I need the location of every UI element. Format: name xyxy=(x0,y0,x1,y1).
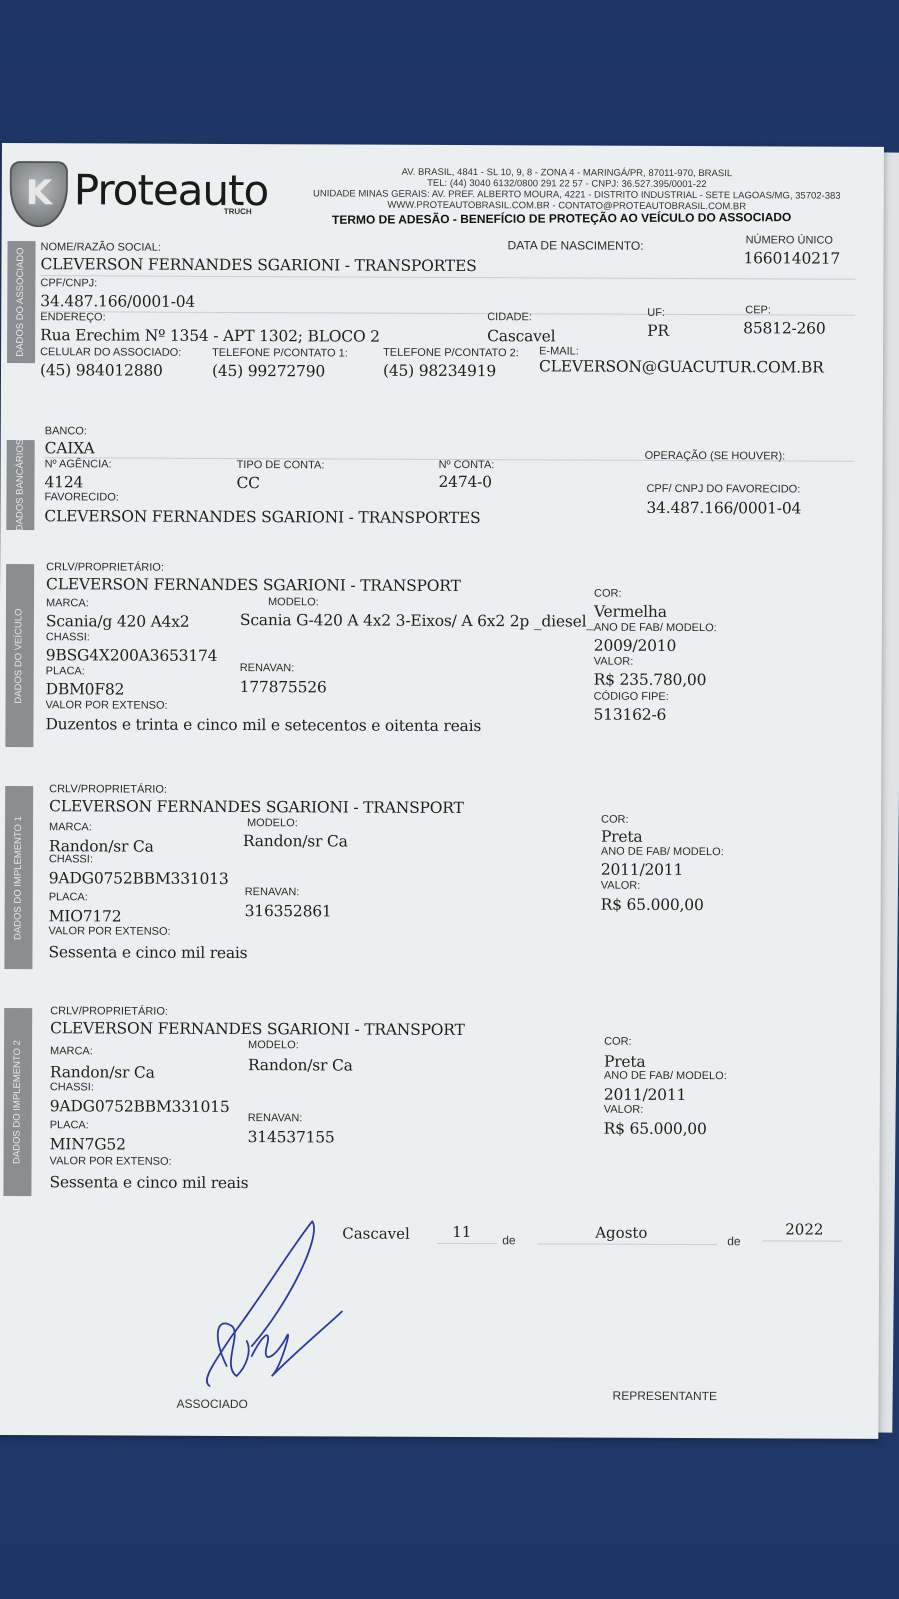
footer-de-1: de xyxy=(502,1233,515,1247)
footer-ano[interactable]: 2022 xyxy=(785,1220,823,1238)
field-cor[interactable]: Vermelha xyxy=(594,603,667,621)
field-renavan[interactable]: 314537155 xyxy=(248,1128,335,1146)
field-fipe[interactable]: 513162-6 xyxy=(593,706,666,724)
label-tipo-conta: TIPO DE CONTA: xyxy=(237,459,325,471)
label-extenso: VALOR POR EXTENSO: xyxy=(49,925,171,938)
field-cidade[interactable]: Cascavel xyxy=(487,327,555,345)
field-modelo[interactable]: Randon/sr Ca xyxy=(243,832,348,850)
label-cep: CEP: xyxy=(745,304,771,316)
label-crlv: CRLV/PROPRIETÁRIO: xyxy=(50,1005,168,1018)
footer-dia[interactable]: 11 xyxy=(452,1223,471,1241)
label-valor: VALOR: xyxy=(594,656,634,668)
label-cpf: CPF/CNPJ: xyxy=(40,277,97,289)
document-title: TERMO DE ADESÃO - BENEFÍCIO DE PROTEÇÃO … xyxy=(302,210,822,227)
field-cpf[interactable]: 34.487.166/0001-04 xyxy=(40,292,195,311)
section-bancarios: DADOS BANCÁRIOS BANCO: CAIXA OPERAÇÃO (S… xyxy=(6,425,866,534)
field-extenso[interactable]: Duzentos e trinta e cinco mil e setecent… xyxy=(45,715,481,735)
document-header: Proteauto TRUCH AV. BRASIL, 4841 - SL 10… xyxy=(2,143,884,247)
section-implemento-2: DADOS DO IMPLEMENTO 2 CRLV/PROPRIETÁRIO:… xyxy=(3,1005,864,1199)
section-associado: DADOS DO ASSOCIADO NOME/RAZÃO SOCIAL: CL… xyxy=(7,241,868,367)
field-tel1[interactable]: (45) 99272790 xyxy=(212,362,325,380)
field-extenso[interactable]: Sessenta e cinco mil reais xyxy=(49,1173,248,1192)
label-crlv: CRLV/PROPRIETÁRIO: xyxy=(46,561,164,574)
label-renavan: RENAVAN: xyxy=(245,886,300,898)
label-crlv: CRLV/PROPRIETÁRIO: xyxy=(49,783,167,796)
field-agencia[interactable]: 4124 xyxy=(44,473,83,491)
proteauto-shield-logo-icon xyxy=(10,161,68,227)
label-marca: MARCA: xyxy=(49,821,92,833)
label-operacao: OPERAÇÃO (SE HOUVER): xyxy=(645,450,786,463)
representante-signature-label: REPRESENTANTE xyxy=(613,1389,718,1403)
label-email: E-MAIL: xyxy=(539,345,579,357)
field-placa[interactable]: MIO7172 xyxy=(49,907,122,925)
label-marca: MARCA: xyxy=(50,1045,93,1057)
field-valor[interactable]: R$ 235.780,00 xyxy=(594,671,707,689)
label-banco: BANCO: xyxy=(45,425,87,437)
label-chassi: CHASSI: xyxy=(46,631,90,643)
label-cidade: CIDADE: xyxy=(487,311,532,323)
label-marca: MARCA: xyxy=(46,597,89,609)
label-placa: PLACA: xyxy=(50,1119,89,1131)
brand-subtitle: TRUCH xyxy=(224,207,252,216)
label-agencia: Nº AGÊNCIA: xyxy=(45,458,112,470)
label-nome: NOME/RAZÃO SOCIAL: xyxy=(41,241,161,254)
label-fipe: CÓDIGO FIPE: xyxy=(594,691,669,703)
section-implemento-1: DADOS DO IMPLEMENTO 1 CRLV/PROPRIETÁRIO:… xyxy=(4,783,865,972)
associado-signature-label: ASSOCIADO xyxy=(176,1397,247,1411)
label-extenso: VALOR POR EXTENSO: xyxy=(46,699,168,712)
label-nascimento: DATA DE NASCIMENTO: xyxy=(508,238,644,253)
label-ano: ANO DE FAB/ MODELO: xyxy=(604,1070,727,1083)
field-crlv[interactable]: CLEVERSON FERNANDES SGARIONI - TRANSPORT xyxy=(49,797,464,817)
field-renavan[interactable]: 177875526 xyxy=(240,678,327,696)
label-modelo: MODELO: xyxy=(248,1039,299,1051)
label-endereco: ENDEREÇO: xyxy=(40,311,105,323)
field-chassi[interactable]: 9ADG0752BBM331015 xyxy=(50,1097,230,1116)
label-cor: COR: xyxy=(604,1036,632,1048)
label-conta: Nº CONTA: xyxy=(439,459,495,471)
section-veiculo: DADOS DO VEÍCULO CRLV/PROPRIETÁRIO: CLEV… xyxy=(5,561,866,750)
label-tel2: TELEFONE P/CONTATO 2: xyxy=(383,347,519,360)
field-marca[interactable]: Randon/sr Ca xyxy=(50,1063,155,1081)
side-tab-implemento-1: DADOS DO IMPLEMENTO 1 xyxy=(4,786,33,969)
field-cep[interactable]: 85812-260 xyxy=(743,319,825,337)
field-ano[interactable]: 2009/2010 xyxy=(594,637,676,655)
footer-de-2: de xyxy=(727,1234,740,1248)
footer-cidade[interactable]: Cascavel xyxy=(342,1224,410,1242)
field-cor[interactable]: Preta xyxy=(604,1053,646,1071)
label-modelo: MODELO: xyxy=(247,817,298,829)
field-favorecido[interactable]: CLEVERSON FERNANDES SGARIONI - TRANSPORT… xyxy=(44,507,480,527)
field-ano[interactable]: 2011/2011 xyxy=(601,861,683,879)
field-valor[interactable]: R$ 65.000,00 xyxy=(601,896,704,914)
label-uf: UF: xyxy=(647,307,665,319)
field-chassi[interactable]: 9ADG0752BBM331013 xyxy=(49,869,229,888)
field-chassi[interactable]: 9BSG4X200A3653174 xyxy=(46,646,218,665)
field-valor[interactable]: R$ 65.000,00 xyxy=(604,1120,707,1138)
label-modelo: MODELO: xyxy=(268,596,319,608)
document-sheet: Proteauto TRUCH AV. BRASIL, 4841 - SL 10… xyxy=(0,143,884,1439)
label-cpf-favorecido: CPF/ CNPJ DO FAVORECIDO: xyxy=(646,483,800,496)
field-endereco[interactable]: Rua Erechim Nº 1354 - APT 1302; BLOCO 2 xyxy=(40,326,380,345)
field-placa[interactable]: MIN7G52 xyxy=(50,1135,126,1153)
field-marca[interactable]: Scania/g 420 A4x2 xyxy=(46,612,190,631)
field-crlv[interactable]: CLEVERSON FERNANDES SGARIONI - TRANSPORT xyxy=(50,1019,465,1039)
label-valor: VALOR: xyxy=(601,880,641,892)
label-celular: CELULAR DO ASSOCIADO: xyxy=(40,346,181,359)
field-cpf-favorecido[interactable]: 34.487.166/0001-04 xyxy=(646,499,801,518)
field-tipo-conta[interactable]: CC xyxy=(236,474,259,492)
label-tel1: TELEFONE P/CONTATO 1: xyxy=(212,347,348,360)
side-tab-implemento-2: DADOS DO IMPLEMENTO 2 xyxy=(3,1008,32,1196)
side-tab-veiculo: DADOS DO VEÍCULO xyxy=(5,564,34,747)
label-cor: COR: xyxy=(601,814,629,826)
label-numero-unico: NÚMERO ÚNICO xyxy=(746,234,833,246)
field-celular[interactable]: (45) 984012880 xyxy=(40,361,163,380)
label-cor: COR: xyxy=(594,588,622,600)
footer-mes[interactable]: Agosto xyxy=(595,1224,647,1242)
field-banco[interactable]: CAIXA xyxy=(45,439,95,457)
side-tab-associado: DADOS DO ASSOCIADO xyxy=(7,241,36,363)
associado-signature xyxy=(192,1216,353,1397)
field-modelo[interactable]: Scania G-420 A 4x2 3-Eixos/ A 6x2 2p _di… xyxy=(240,611,594,631)
label-renavan: RENAVAN: xyxy=(248,1112,303,1124)
field-email[interactable]: CLEVERSON@GUACUTUR.COM.BR xyxy=(539,357,824,376)
field-uf[interactable]: PR xyxy=(647,322,669,340)
side-tab-bancarios: DADOS BANCÁRIOS xyxy=(6,440,34,530)
field-renavan[interactable]: 316352861 xyxy=(245,902,332,920)
field-placa[interactable]: DBM0F82 xyxy=(46,680,125,698)
label-favorecido: FAVORECIDO: xyxy=(44,491,118,503)
field-ano[interactable]: 2011/2011 xyxy=(604,1086,686,1104)
field-crlv[interactable]: CLEVERSON FERNANDES SGARIONI - TRANSPORT xyxy=(46,575,461,595)
label-chassi: CHASSI: xyxy=(49,853,93,865)
field-tel2[interactable]: (45) 98234919 xyxy=(383,362,496,380)
label-valor: VALOR: xyxy=(604,1104,644,1116)
field-cor[interactable]: Preta xyxy=(601,828,643,846)
label-extenso: VALOR POR EXTENSO: xyxy=(50,1155,172,1168)
label-chassi: CHASSI: xyxy=(50,1081,94,1093)
field-extenso[interactable]: Sessenta e cinco mil reais xyxy=(48,943,247,962)
field-modelo[interactable]: Randon/sr Ca xyxy=(248,1056,353,1074)
field-conta[interactable]: 2474-0 xyxy=(438,473,491,491)
label-ano: ANO DE FAB/ MODELO: xyxy=(601,846,724,859)
label-ano: ANO DE FAB/ MODELO: xyxy=(594,622,717,635)
field-numero-unico[interactable]: 1660140217 xyxy=(743,249,840,267)
label-renavan: RENAVAN: xyxy=(240,662,295,674)
label-placa: PLACA: xyxy=(49,891,88,903)
label-placa: PLACA: xyxy=(46,665,85,677)
field-nome[interactable]: CLEVERSON FERNANDES SGARIONI - TRANSPORT… xyxy=(40,255,476,275)
